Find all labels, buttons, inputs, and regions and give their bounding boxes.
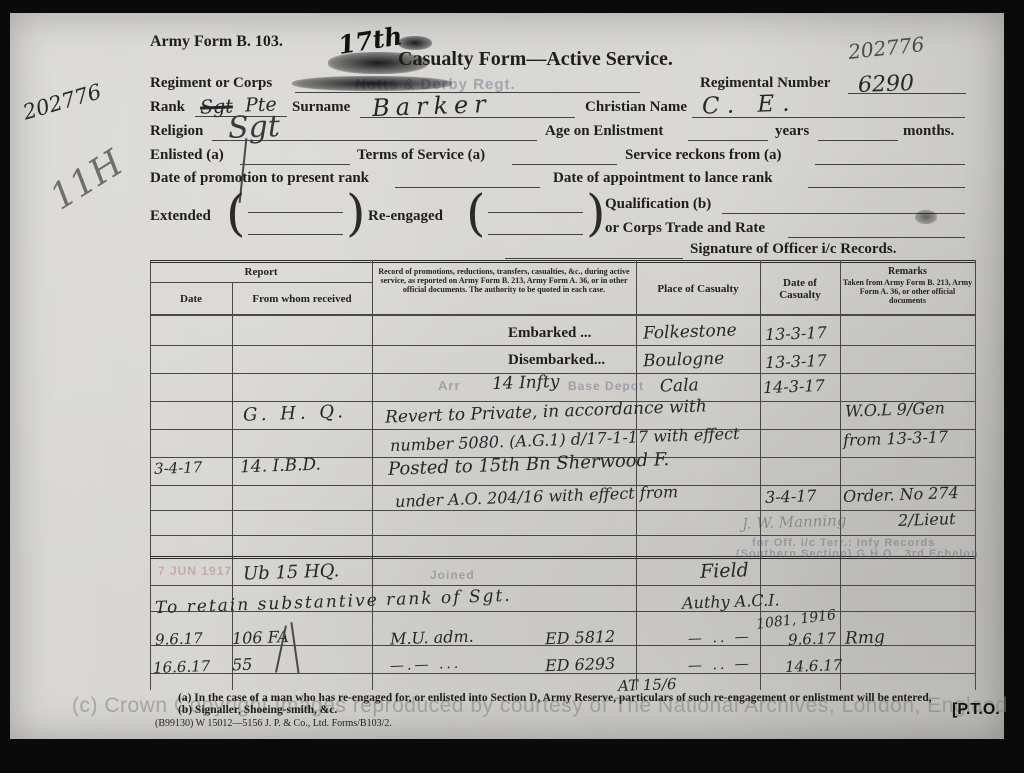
row12-record2: ED 6293 — [545, 654, 616, 675]
row10-place: Authy A.C.I. — [682, 590, 780, 612]
christian-name-value: C. E. — [702, 90, 798, 119]
row11-casdate: 9.6.17 — [788, 629, 836, 649]
row12-from: 55 — [232, 655, 253, 675]
row-embarked-place: Folkestone — [643, 320, 737, 343]
extended-label: Extended — [150, 208, 211, 225]
row-disembarked-date: 13-3-17 — [765, 351, 827, 372]
row9-place: Field — [700, 559, 749, 583]
promotion-label: Date of promotion to present rank — [150, 170, 369, 187]
row-disembarked-place: Boulogne — [643, 349, 725, 372]
form-number: Army Form B. 103. — [150, 33, 283, 51]
terms-label: Terms of Service (a) — [357, 147, 485, 164]
col-header-from-whom: From whom received — [232, 293, 372, 305]
row9-from: Ub 15 HQ. — [243, 560, 340, 584]
casualty-date-line2: Casualty — [779, 289, 821, 301]
pen-scrawl — [290, 622, 299, 674]
joined-stamp: Joined — [430, 568, 475, 582]
row5-remarks: from 13-3-17 — [843, 427, 949, 450]
smudge — [915, 210, 937, 224]
row4-from: G. H. Q. — [243, 401, 348, 426]
religion-annotation: Sgt — [227, 109, 280, 146]
regiment-scribble — [292, 76, 452, 91]
officer-rank: 2/Lieut — [898, 509, 956, 530]
row3-place: Cala — [660, 375, 699, 396]
row11-record: M.U. adm. — [390, 627, 474, 649]
row11-place: — .. — — [688, 629, 752, 647]
col-header-remarks: Remarks — [840, 266, 975, 277]
age-label: Age on Enlistment — [545, 123, 663, 140]
row10-record: To retain substantive rank of Sgt. — [155, 586, 512, 618]
row-embarked-date: 13-3-17 — [765, 323, 827, 344]
religion-label: Religion — [150, 123, 203, 140]
reference-number: 202776 — [847, 32, 925, 64]
col-header-remarks-sub: Taken from Army Form B. 213, Army Form A… — [842, 278, 973, 305]
surname-value: Barker — [372, 90, 493, 122]
date-received-stamp: 7 JUN 1917 — [158, 564, 232, 578]
row7-date: 3-4-17 — [765, 486, 817, 507]
reengaged-label: Re-engaged — [368, 208, 443, 225]
open-brace: ( — [466, 188, 486, 238]
row3-record: 14 Infty — [492, 372, 560, 394]
christian-name-label: Christian Name — [585, 99, 687, 116]
open-brace: ( — [226, 188, 246, 238]
row12-casdate: 14.6.17 — [785, 656, 843, 676]
row12-date: 16.6.17 — [153, 657, 211, 677]
records-office-stamp-line2: (Southern Section) G.H.Q., 3rd Echelon — [736, 548, 979, 560]
arr-stamp: Arr — [438, 378, 461, 393]
margin-pencil-mark: 11H — [43, 143, 130, 219]
row11-date: 9.6.17 — [155, 629, 203, 649]
reckons-label: Service reckons from (a) — [625, 147, 781, 164]
row-embarked-label: Embarked ... — [508, 325, 591, 342]
printer-imprint: (B99130) W 15012—5156 J. P. & Co., Ltd. … — [155, 718, 392, 729]
years-label: years — [775, 123, 809, 140]
base-depot-stamp: Base Depot — [568, 379, 644, 393]
scanned-document: 202776 11H Army Form B. 103. 17th Casual… — [0, 0, 1024, 773]
margin-reference-number: 202776 — [20, 79, 104, 124]
casualty-date-line1: Date of — [783, 277, 817, 289]
officer-signature: J. W. Manning — [742, 511, 847, 533]
row3-date: 14-3-17 — [763, 376, 825, 397]
row6-date: 3-4-17 — [154, 458, 203, 478]
pto-label: [P.T.O. — [952, 701, 1000, 719]
regimental-number-value: 6290 — [858, 71, 915, 98]
col-header-record: Record of promotions, reductions, transf… — [376, 267, 632, 294]
col-header-casualty-date: Date of Casualty — [760, 277, 840, 301]
qualification-label: Qualification (b) — [605, 196, 711, 213]
row11-remarks: Rmg — [845, 627, 885, 648]
page-title: Casualty Form—Active Service. — [398, 48, 673, 71]
row11-record2: ED 5812 — [545, 627, 616, 648]
col-header-date: Date — [150, 293, 232, 305]
surname-label: Surname — [292, 99, 350, 116]
footnote-b: (b) Signaller, Shoeing-smith, &c. — [178, 704, 337, 716]
footnote-a: (a) In the case of a man who has re-enga… — [178, 692, 932, 704]
months-label: months. — [903, 123, 954, 140]
corps-trade-label: or Corps Trade and Rate — [605, 220, 765, 237]
col-header-report: Report — [150, 266, 372, 278]
row12-record: —.— ... — [390, 656, 462, 674]
col-header-place: Place of Casualty — [636, 283, 760, 295]
regimental-number-label: Regimental Number — [700, 75, 830, 92]
enlisted-label: Enlisted (a) — [150, 147, 224, 164]
row6-from: 14. I.B.D. — [240, 455, 322, 478]
row4-remarks: W.O.L 9/Gen — [845, 398, 945, 420]
close-brace: ) — [586, 188, 606, 238]
row12-place: — .. — — [688, 656, 752, 674]
row-disembarked-label: Disembarked... — [508, 352, 605, 369]
close-brace: ) — [346, 188, 366, 238]
rank-label: Rank — [150, 99, 185, 116]
row7-remarks: Order. No 274 — [843, 483, 959, 506]
regiment-label: Regiment or Corps — [150, 75, 272, 92]
signature-label: Signature of Officer i/c Records. — [690, 241, 896, 258]
